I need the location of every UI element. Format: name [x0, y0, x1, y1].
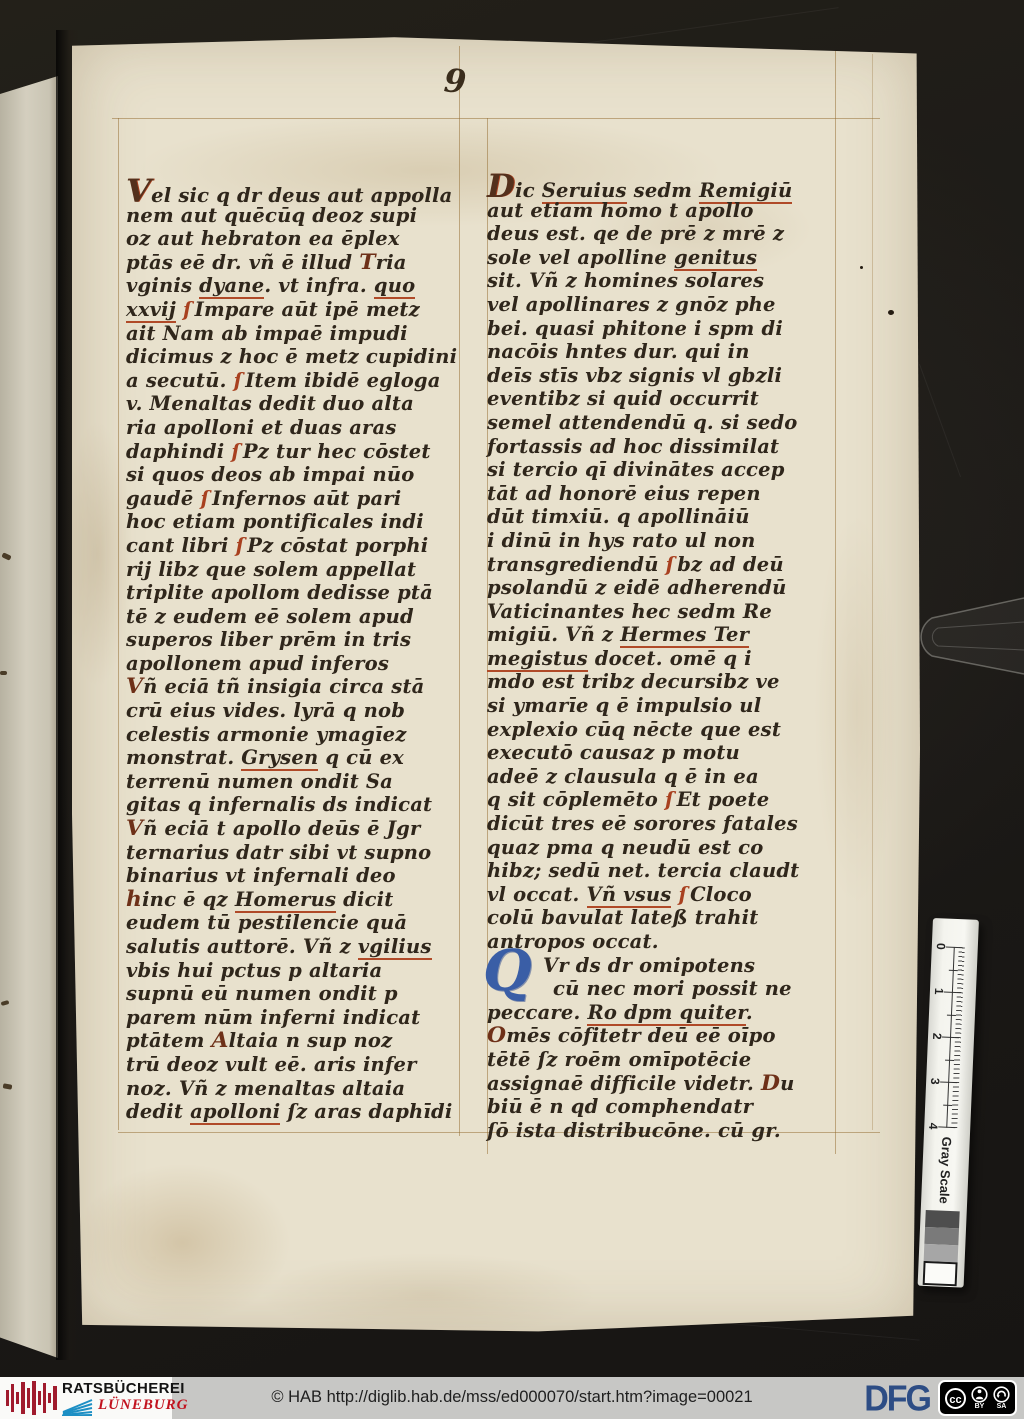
manuscript-line: Dic Seruius sedm Remigiū: [487, 175, 839, 199]
text-segment: tē z eudem eē solem apud: [126, 605, 414, 628]
page-holder-clamp: [886, 592, 1024, 678]
ruling-line: [112, 118, 880, 119]
manuscript-line: rij libz que solem appellat: [126, 558, 466, 582]
gray-patch: [925, 1210, 960, 1228]
manuscript-line: deīs stīs vbz signis vl gbzli: [487, 364, 839, 388]
manuscript-line: crū eius vides. lyrā q nob: [126, 699, 466, 723]
text-segment: colū bavulat lateß trahit: [487, 906, 758, 929]
manuscript-line: celestis armonie ymagīez: [126, 723, 466, 747]
text-segment: D: [761, 1070, 780, 1096]
by-label: BY: [975, 1403, 985, 1411]
text-segment: dedit: [126, 1100, 190, 1123]
text-segment: gaudē: [126, 487, 200, 510]
gray-patch: [923, 1261, 958, 1286]
manuscript-line: binarius vt infernali deo: [126, 864, 466, 888]
manuscript-line: Vñ eciā tñ insigia circa stā: [126, 675, 466, 699]
text-segment: triplite apollom dedisse ptā: [126, 581, 433, 604]
text-segment: salutis auttorē. Vñ z: [126, 935, 358, 958]
ruling-line: [118, 118, 119, 1130]
manuscript-line: ternarius datr sibi vt supno: [126, 841, 466, 865]
text-segment: Infernos aūt pari: [212, 487, 401, 510]
gray-scale-ruler: 01234 Gray Scale: [918, 918, 979, 1288]
cc-sa-item: SA: [993, 1386, 1010, 1411]
manuscript-line: hoc etiam pontificales indi: [126, 510, 466, 534]
ruler-tick: [943, 1104, 952, 1105]
text-segment: hibz; sedū net. tercia claudt: [487, 859, 799, 882]
text-segment: T: [359, 249, 375, 275]
text-segment: Vaticinantes hec sedm Re: [487, 600, 772, 623]
text-segment: ltaia n sup noz: [229, 1029, 393, 1052]
text-segment: Pz cōstat porphi: [247, 534, 428, 557]
text-segment: megistus: [487, 647, 588, 672]
text-segment: quo: [374, 274, 415, 299]
manuscript-line: dicūt tres eē sorores fatales: [487, 812, 839, 836]
cc-icon: cc: [945, 1388, 966, 1409]
left-text-column: Vel sic q dr deus aut appollanem aut quē…: [126, 180, 466, 1124]
text-segment: a secutū.: [126, 369, 234, 392]
text-segment: Et poete: [677, 788, 770, 811]
manuscript-line: nem aut quēcūq deoz supi: [126, 204, 466, 228]
manuscript-line: quaz pma q neudū est co: [487, 836, 839, 860]
ink-speck: [888, 310, 894, 315]
text-segment: q sit cōplemēto: [487, 788, 665, 811]
manuscript-line: ptās eē dr. vñ ē illud Tria: [126, 251, 466, 275]
text-segment: ptās eē dr. vñ ē illud: [126, 251, 359, 274]
text-segment: ſ: [236, 534, 245, 557]
text-segment: cū nec mori possit ne: [553, 977, 792, 1000]
manuscript-line: nacōis hntes dur. qui in: [487, 340, 839, 364]
manuscript-line: peccare. Ro dpm quiter.: [487, 1001, 839, 1025]
text-segment: ſ: [666, 553, 675, 576]
manuscript-line: gaudē ſInfernos aūt pari: [126, 487, 466, 511]
text-segment: si ymarīe q ē impulsio ul: [487, 694, 761, 717]
ink-bleed-mark: [1, 1000, 10, 1006]
manuscript-line: si ymarīe q ē impulsio ul: [487, 694, 839, 718]
manuscript-line: parem nūm inferni indicat: [126, 1006, 466, 1030]
text-segment: ñ eciā t apollo deūs ē Jgr: [143, 817, 420, 840]
text-segment: h: [126, 886, 142, 912]
text-segment: rij libz que solem appellat: [126, 558, 416, 581]
text-segment: V: [126, 815, 143, 841]
text-segment: ſ: [183, 298, 192, 321]
text-segment: dicimus z hoc ē metz cupidini: [126, 345, 457, 368]
manuscript-line: deus est. qe de prē z mrē z: [487, 222, 839, 246]
ink-bleed-mark: [0, 671, 7, 675]
manuscript-line: i dinū in hys rato ul non: [487, 529, 839, 553]
text-segment: tāt ad honorē eius repen: [487, 482, 761, 505]
text-segment: ria apolloni et duas aras: [126, 416, 397, 439]
ruler-numbers: 01234: [933, 918, 979, 920]
sa-label: SA: [997, 1403, 1007, 1411]
clamp-outline: [921, 598, 1024, 674]
text-segment: dicūt tres eē sorores fatales: [487, 812, 798, 835]
folio-number: 9: [443, 61, 468, 100]
text-segment: . vt infra.: [264, 274, 374, 297]
manuscript-line: tē z eudem eē solem apud: [126, 605, 466, 629]
manuscript-line: sit. Vñ z homines solares: [487, 269, 839, 293]
text-segment: eudem tū pestilencie quā: [126, 911, 407, 934]
manuscript-line: oz aut hebraton ea ēplex: [126, 227, 466, 251]
manuscript-line: tāt ad honorē eius repen: [487, 482, 839, 506]
text-segment: peccare.: [487, 1001, 587, 1024]
text-segment: monstrat.: [126, 746, 241, 769]
manuscript-line: Vel sic q dr deus aut appolla: [126, 180, 466, 204]
ruling-line: [872, 54, 873, 1130]
text-segment: fortassis ad hoc dissimilat: [487, 435, 779, 458]
text-segment: hoc etiam pontificales indi: [126, 510, 424, 533]
text-segment: quaz pma q neudū est co: [487, 836, 763, 859]
manuscript-line: apollonem apud inferos: [126, 652, 466, 676]
text-segment: ait Nam ab impaē impudi: [126, 322, 408, 345]
text-segment: inc ē qz: [142, 888, 235, 911]
text-segment: si tercio qī divinātes accep: [487, 458, 785, 481]
manuscript-line: vginis dyane. vt infra. quo: [126, 274, 466, 298]
manuscript-line: q sit cōplemēto ſEt poete: [487, 788, 839, 812]
manuscript-line: si tercio qī divinātes accep: [487, 458, 839, 482]
manuscript-line: dedit apolloni ſz aras daphīdi: [126, 1100, 466, 1124]
text-segment: tētē ſz roēm omīpotēcie: [487, 1048, 751, 1071]
manuscript-line: noz. Vñ z menaltas altaia: [126, 1077, 466, 1101]
text-segment: Vñ vsus: [587, 883, 672, 908]
text-segment: semel attendendū q. si sedo: [487, 411, 798, 434]
text-segment: Homerus: [235, 888, 336, 913]
text-segment: A: [212, 1027, 229, 1053]
text-segment: deīs stīs vbz signis vl gbzli: [487, 364, 782, 387]
text-segment: mdo est tribz decursibz ve: [487, 670, 780, 693]
text-segment: transgrediendū: [487, 553, 666, 576]
text-segment: nacōis hntes dur. qui in: [487, 340, 750, 363]
text-segment: dicit: [336, 888, 393, 911]
text-segment: explexio cūq nēcte que est: [487, 718, 781, 741]
manuscript-line: fortassis ad hoc dissimilat: [487, 435, 839, 459]
manuscript-line: hibz; sedū net. tercia claudt: [487, 859, 839, 883]
manuscript-line: trū deoz vult eē. aris infer: [126, 1053, 466, 1077]
manuscript-line: dūt timxiū. q apollināiū: [487, 505, 839, 529]
manuscript-line: salutis auttorē. Vñ z vgilius: [126, 935, 466, 959]
manuscript-line: Vr ds dr omipotens: [487, 954, 839, 978]
text-segment: ſ: [234, 369, 243, 392]
text-segment: [176, 298, 183, 321]
text-segment: eventibz si quid occurrit: [487, 387, 759, 410]
text-segment: deus est. qe de prē z mrē z: [487, 222, 784, 245]
manuscript-line: explexio cūq nēcte que est: [487, 718, 839, 742]
manuscript-line: supnū eū numen ondit p: [126, 982, 466, 1006]
text-segment: dūt timxiū. q apollināiū: [487, 505, 750, 528]
text-segment: supnū eū numen ondit p: [126, 982, 398, 1005]
text-segment: ſō ista distribucōne. cū gr.: [487, 1119, 781, 1142]
share-alike-arrow-icon: [993, 1386, 1010, 1403]
text-segment: noz. Vñ z menaltas altaia: [126, 1077, 405, 1100]
ruler-tick: [938, 1126, 955, 1128]
manuscript-page: 9 Vel sic q dr deus aut appollanem aut q…: [72, 34, 920, 1334]
manuscript-line: ria apolloni et duas aras: [126, 416, 466, 440]
text-segment: psolandū z eidē adherendū: [487, 576, 786, 599]
manuscript-line: Vaticinantes hec sedm Re: [487, 600, 839, 624]
manuscript-line: a secutū. ſItem ibidē egloga: [126, 369, 466, 393]
text-segment: q cū ex: [318, 746, 404, 769]
text-segment: v. Menaltas dedit duo alta: [126, 392, 414, 415]
text-segment: migiū. Vñ z: [487, 623, 620, 646]
dfg-logo: DFG: [864, 1379, 930, 1419]
text-segment: ternarius datr sibi vt supno: [126, 841, 431, 864]
ink-bleed-mark: [1, 552, 11, 560]
text-segment: i dinū in hys rato ul non: [487, 529, 755, 552]
manuscript-line: bei. quasi phitone i spm di: [487, 317, 839, 341]
text-segment: bz ad deū: [677, 553, 784, 576]
text-segment: daphindi: [126, 440, 231, 463]
manuscript-line: cū nec mori possit ne: [487, 977, 839, 1001]
text-segment: ſz aras daphīdi: [280, 1100, 452, 1123]
manuscript-line: vl occat. Vñ vsus ſCloco: [487, 883, 839, 907]
manuscript-line: hinc ē qz Homerus dicit: [126, 888, 466, 912]
manuscript-line: mdo est tribz decursibz ve: [487, 670, 839, 694]
manuscript-line: tētē ſz roēm omīpotēcie: [487, 1048, 839, 1072]
text-segment: nem aut quēcūq deoz supi: [126, 204, 417, 227]
text-segment: bei. quasi phitone i spm di: [487, 317, 783, 340]
text-segment: Pz tur hec cōstet: [243, 440, 431, 463]
text-segment: superos liber prēm in tris: [126, 628, 411, 651]
facing-page-edge: [0, 76, 58, 1358]
ruler-tick: [949, 969, 958, 970]
text-segment: vbis hui pctus p altaria: [126, 959, 382, 982]
ink-speck: [860, 266, 863, 269]
blue-initial-letter: Q: [483, 945, 532, 997]
text-segment: docet. omē q i: [588, 647, 752, 670]
text-segment: ptātem: [126, 1029, 212, 1052]
manuscript-line: transgrediendū ſbz ad deū: [487, 553, 839, 577]
text-segment: Impare aūt ipē metz: [195, 298, 420, 321]
attribution-person-icon: [971, 1386, 988, 1403]
manuscript-line: superos liber prēm in tris: [126, 628, 466, 652]
ruler-tick: [947, 1014, 956, 1015]
text-segment: ſ: [200, 487, 209, 510]
manuscript-line: migiū. Vñ z Hermes Ter: [487, 623, 839, 647]
text-segment: u: [780, 1072, 794, 1095]
text-segment: binarius vt infernali deo: [126, 864, 396, 887]
background-scratch: [919, 364, 961, 477]
text-segment: Vr ds dr omipotens: [543, 954, 755, 977]
manuscript-line: ſō ista distribucōne. cū gr.: [487, 1119, 839, 1143]
manuscript-line: colū bavulat lateß trahit: [487, 906, 839, 930]
manuscript-line: monstrat. Grysen q cū ex: [126, 746, 466, 770]
text-segment: terrenū numen ondit Sa: [126, 770, 393, 793]
text-segment: Hermes Ter: [620, 623, 749, 648]
manuscript-line: psolandū z eidē adherendū: [487, 576, 839, 600]
manuscript-line: dicimus z hoc ē metz cupidini: [126, 345, 466, 369]
manuscript-line: vel apollinares z gnōz phe: [487, 293, 839, 317]
text-segment: .: [746, 1001, 753, 1024]
manuscript-line: eudem tū pestilencie quā: [126, 911, 466, 935]
gray-scale-patches: [923, 1210, 960, 1286]
text-segment: trū deoz vult eē. aris infer: [126, 1053, 417, 1076]
text-segment: apolloni: [190, 1100, 280, 1125]
manuscript-line: terrenū numen ondit Sa: [126, 770, 466, 794]
text-segment: biū ē n qd comphendatr: [487, 1095, 753, 1118]
text-segment: sit. Vñ z homines solares: [487, 269, 764, 292]
manuscript-line: eventibz si quid occurrit: [487, 387, 839, 411]
manuscript-line: triplite apollom dedisse ptā: [126, 581, 466, 605]
cc-license-badge: cc BY SA: [938, 1380, 1017, 1416]
manuscript-line: daphindi ſPz tur hec cōstet: [126, 440, 466, 464]
manuscript-line: vbis hui pctus p altaria: [126, 959, 466, 983]
manuscript-line: v. Menaltas dedit duo alta: [126, 392, 466, 416]
text-segment: vginis: [126, 274, 199, 297]
text-segment: adeē z clausula q ē in ea: [487, 765, 759, 788]
right-text-column: Q Dic Seruius sedm Remigiūaut etiam homo…: [487, 175, 839, 1142]
manuscript-line: semel attendendū q. si sedo: [487, 411, 839, 435]
ruler-tick: [945, 1059, 954, 1060]
cc-by-item: BY: [971, 1386, 988, 1411]
manuscript-line: assignaē difficile videtr. Du: [487, 1072, 839, 1096]
text-segment: Ro dpm quiter: [587, 1001, 745, 1026]
manuscript-line: megistus docet. omē q i: [487, 647, 839, 671]
gray-scale-label: Gray Scale: [936, 1131, 954, 1210]
text-segment: aut etiam homo t apollo: [487, 199, 754, 222]
manuscript-line: cant libri ſPz cōstat porphi: [126, 534, 466, 558]
text-segment: assignaē difficile videtr.: [487, 1072, 761, 1095]
manuscript-line: xxvij ſImpare aūt ipē metz: [126, 298, 466, 322]
text-segment: apollonem apud inferos: [126, 652, 389, 675]
text-segment: ſ: [678, 883, 687, 906]
manuscript-line: si quos deos ab impai nūo: [126, 463, 466, 487]
text-segment: genitus: [674, 246, 757, 271]
text-segment: crū eius vides. lyrā q nob: [126, 699, 405, 722]
manuscript-line: executō causaz p motu: [487, 741, 839, 765]
manuscript-line: antropos occat.: [487, 930, 839, 954]
text-segment: cant libri: [126, 534, 236, 557]
gray-patch: [924, 1227, 959, 1245]
manuscript-line: Vñ eciā t apollo deūs ē Jgr: [126, 817, 466, 841]
text-segment: celestis armonie ymagīez: [126, 723, 407, 746]
manuscript-line: adeē z clausula q ē in ea: [487, 765, 839, 789]
text-segment: Cloco: [690, 883, 752, 906]
text-segment: vgilius: [358, 935, 432, 960]
manuscript-line: gitas q infernalis ds indicat: [126, 793, 466, 817]
text-segment: O: [487, 1022, 506, 1048]
text-segment: parem nūm inferni indicat: [126, 1006, 420, 1029]
text-segment: gitas q infernalis ds indicat: [126, 793, 432, 816]
text-segment: vel apollinares z gnōz phe: [487, 293, 776, 316]
text-segment: ria: [376, 251, 407, 274]
text-segment: mēs cōfitetr deū eē oīpo: [506, 1024, 775, 1047]
manuscript-line: biū ē n qd comphendatr: [487, 1095, 839, 1119]
manuscript-line: ait Nam ab impaē impudi: [126, 322, 466, 346]
text-segment: ñ eciā tñ insigia circa stā: [143, 675, 424, 698]
ink-bleed-mark: [3, 1083, 13, 1089]
text-segment: Grysen: [241, 746, 318, 771]
text-segment: executō causaz p motu: [487, 741, 740, 764]
text-segment: sole vel apolline: [487, 246, 674, 269]
manuscript-line: sole vel apolline genitus: [487, 246, 839, 270]
text-segment: vl occat.: [487, 883, 587, 906]
text-segment: ſ: [231, 440, 240, 463]
background-scratch: [700, 1320, 919, 1340]
footer-banner: RATSBÜCHEREI LÜNEBURG © HAB http://digli…: [0, 1377, 1024, 1419]
manuscript-line: Omēs cōfitetr deū eē oīpo: [487, 1024, 839, 1048]
text-segment: Item ibidē egloga: [245, 369, 440, 392]
text-segment: oz aut hebraton ea ēplex: [126, 227, 400, 250]
text-segment: xxvij: [126, 298, 176, 323]
text-segment: dyane: [199, 274, 264, 299]
text-segment: V: [126, 673, 143, 699]
gray-patch: [924, 1244, 959, 1262]
text-segment: ſ: [665, 788, 674, 811]
digitized-manuscript-photo: 9 Vel sic q dr deus aut appollanem aut q…: [0, 0, 1024, 1377]
text-segment: si quos deos ab impai nūo: [126, 463, 415, 486]
manuscript-line: ptātem Altaia n sup noz: [126, 1029, 466, 1053]
